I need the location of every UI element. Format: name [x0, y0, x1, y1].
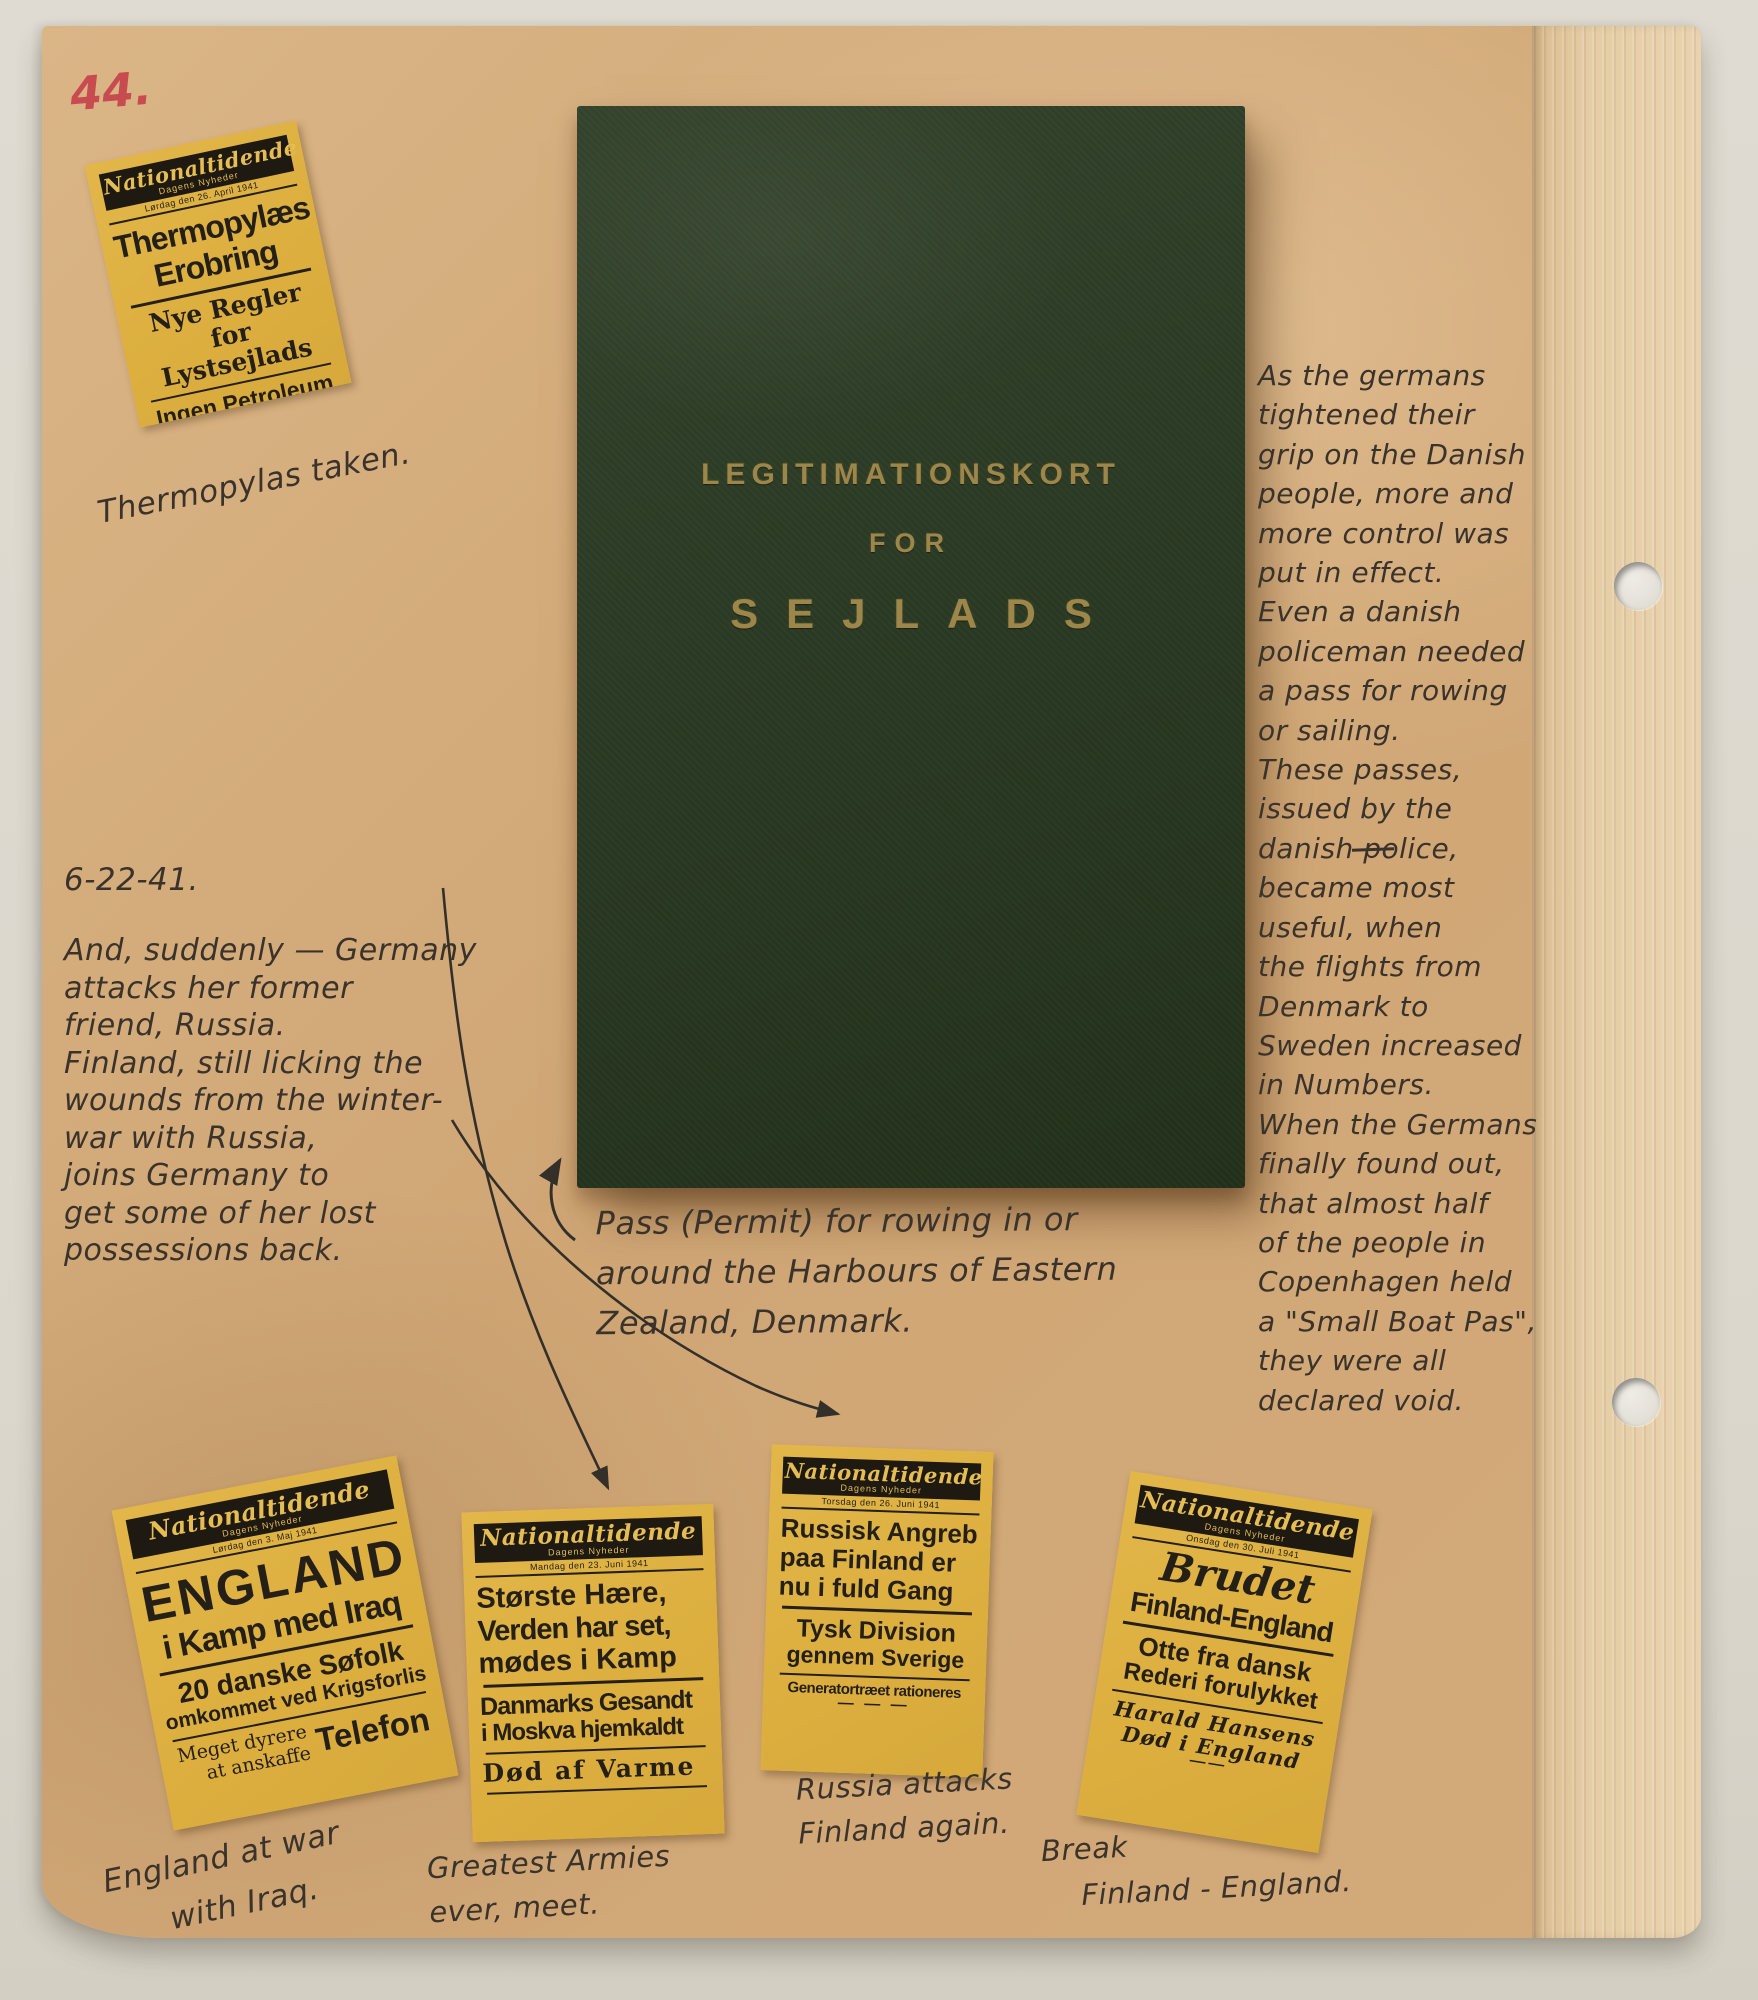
right-margin-note: As the germanstightened theirgrip on the…	[1258, 356, 1570, 1420]
caption-russia-finland: Russia attacks Finland again.	[795, 1756, 1016, 1855]
handwritten-line: These passes,	[1258, 750, 1570, 789]
handwritten-line: tightened their	[1258, 395, 1570, 434]
handwritten-line: grip on the Danish	[1258, 435, 1570, 474]
handwritten-line: put in effect.	[1258, 553, 1570, 592]
handwritten-line: people, more and	[1258, 474, 1570, 513]
headline: nu i fuld Gang	[778, 1572, 977, 1608]
handwritten-line: a "Small Boat Pas",	[1258, 1302, 1570, 1341]
punch-hole-top	[1614, 562, 1662, 610]
handwritten-line: finally found out,	[1258, 1144, 1570, 1183]
left-margin-note: And, suddenly — Germanyattacks her forme…	[64, 932, 504, 1270]
handwritten-line: friend, Russia.	[64, 1007, 504, 1045]
clipping-russia-finland: Nationaltidende Dagens Nyheder Torsdag d…	[760, 1444, 993, 1778]
handwritten-line: When the Germans	[1258, 1105, 1570, 1144]
handwritten-line: As the germans	[1258, 356, 1570, 395]
booklet-caption: Pass (Permit) for rowing in oraround the…	[595, 1194, 1118, 1349]
caption-break-finland-england: Break Finland - England.	[1040, 1812, 1353, 1920]
handwritten-line: possessions back.	[64, 1232, 504, 1270]
handwritten-line: they were all	[1258, 1341, 1570, 1380]
handwritten-line: get some of her lost	[64, 1195, 504, 1233]
handwritten-line: attacks her former	[64, 970, 504, 1008]
handwritten-line: danish police,	[1258, 829, 1570, 868]
handwritten-line: Denmark to	[1258, 987, 1570, 1026]
handwritten-line: or sailing.	[1258, 711, 1570, 750]
punch-hole-bottom	[1612, 1378, 1660, 1426]
booklet-title-line3: SEJLADS	[577, 590, 1259, 638]
handwritten-line: the flights from	[1258, 947, 1570, 986]
handwritten-line: Pass (Permit) for rowing in or	[595, 1194, 1117, 1249]
booklet-title-line1: LEGITIMATIONSKORT	[577, 458, 1245, 492]
handwritten-line: useful, when	[1258, 908, 1570, 947]
handwritten-line: joins Germany to	[64, 1157, 504, 1195]
handwritten-line: Copenhagen held	[1258, 1262, 1570, 1301]
handwritten-line: Finland, still licking the	[64, 1045, 504, 1083]
handwritten-line: around the Harbours of Eastern	[596, 1244, 1118, 1299]
scrapbook-photo: 44. Nationaltidende Dagens Nyheder Lørda…	[0, 0, 1758, 2000]
handwritten-line: of the people in	[1258, 1223, 1570, 1262]
clipping-greatest-armies: Nationaltidende Dagens Nyheder Mandag de…	[461, 1504, 724, 1843]
handwritten-line: in Numbers.	[1258, 1065, 1570, 1104]
handwritten-line: Zealand, Denmark.	[596, 1294, 1118, 1349]
handwritten-line: policeman needed	[1258, 632, 1570, 671]
handwritten-line: wounds from the winter-	[64, 1082, 504, 1120]
subheadline: Død af Varme	[482, 1752, 711, 1788]
subheadline: i Moskva hjemkaldt	[481, 1713, 710, 1748]
booklet-title-line2: FOR	[577, 528, 1245, 559]
handwritten-line: Even a danish	[1258, 592, 1570, 631]
sailing-permit-booklet: LEGITIMATIONSKORT FOR SEJLADS	[577, 106, 1245, 1188]
handwritten-line: issued by the	[1258, 789, 1570, 828]
handwritten-line: war with Russia,	[64, 1120, 504, 1158]
handwritten-line: more control was	[1258, 514, 1570, 553]
handwritten-line: that almost half	[1258, 1184, 1570, 1223]
clipping-england-iraq: Nationaltidende Dagens Nyheder Lørdag de…	[112, 1455, 459, 1830]
headline: mødes i Kamp	[478, 1640, 707, 1680]
handwritten-line: And, suddenly — Germany	[64, 932, 504, 970]
handwritten-line: Sweden increased	[1258, 1026, 1570, 1065]
handwritten-line: became most	[1258, 868, 1570, 907]
date-note: 6-22-41.	[64, 862, 199, 898]
page-number: 44.	[68, 61, 154, 122]
subheadline: gennem Sverige	[776, 1642, 975, 1675]
handwritten-line: a pass for rowing	[1258, 671, 1570, 710]
handwritten-line: declared void.	[1258, 1381, 1570, 1420]
caption-greatest-armies: Greatest Armies ever, meet.	[426, 1834, 674, 1935]
